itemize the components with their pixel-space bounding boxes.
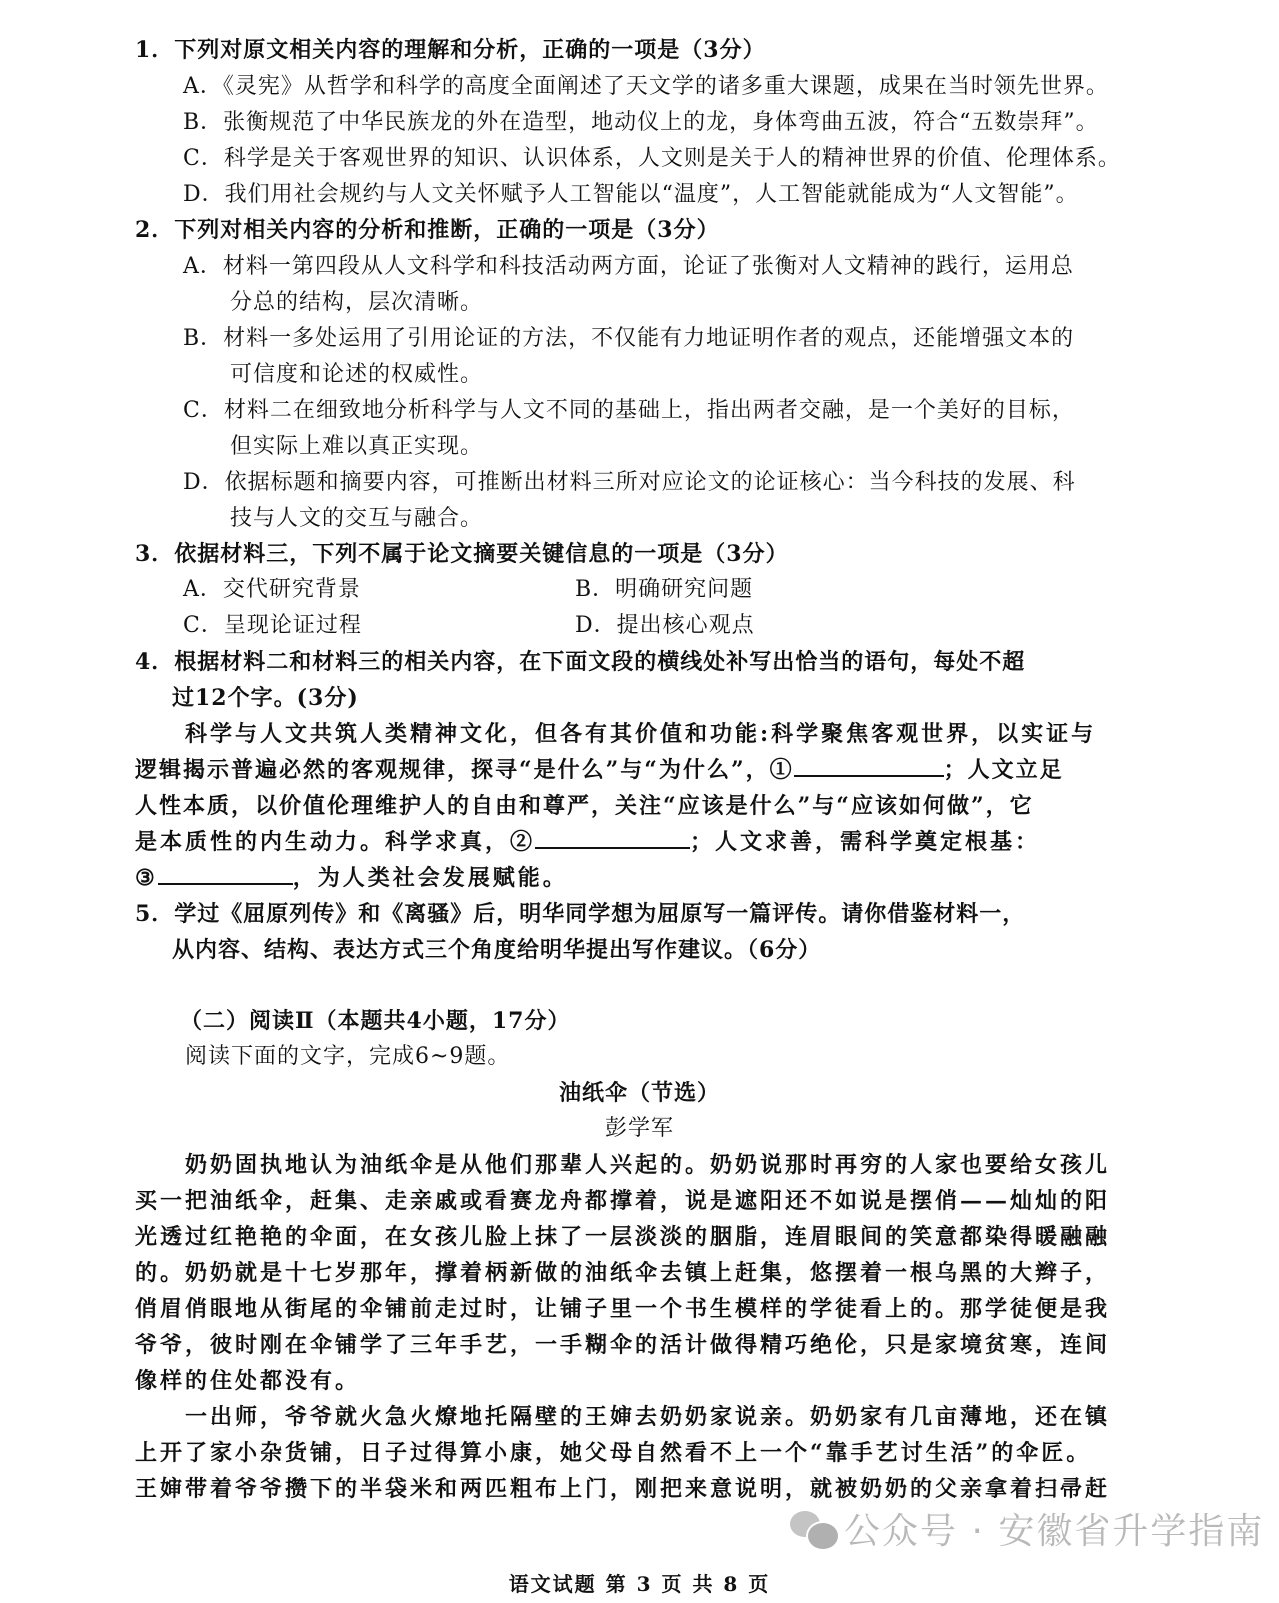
q4-passage-line-4: 是本质性的内生动力。科学求真，②；人文求善，需科学奠定根基： (135, 827, 1040, 857)
q4-passage-line-1: 科学与人文共筑人类精神文化，但各有其价值和功能:科学聚焦客观世界，以实证与 (185, 719, 1096, 749)
q3-option-a: A．交代研究背景 (183, 575, 361, 605)
watermark-text: 公众号 · 安徽省升学指南 (844, 1503, 1264, 1554)
paragraph-1-line-3: 光透过红艳艳的伞面，在女孩儿脸上抹了一层淡淡的胭脂，连眉眼间的笑意都染得暖融融 (135, 1222, 1110, 1252)
section-heading: （二）阅读Ⅱ（本题共4小题，17分） (180, 1006, 570, 1036)
q2-option-d: D．依据标题和摘要内容，可推断出材料三所对应论文的论证核心：当今科技的发展、科 (183, 468, 1076, 498)
q1-option-a: A．《灵宪》从哲学和科学的高度全面阐述了天文学的诸多重大课题，成果在当时领先世界… (183, 72, 1109, 102)
paragraph-1-line-6: 爷爷，彼时刚在伞铺学了三年手艺，一手糊伞的活计做得精巧绝伦，只是家境贫寒，连间 (135, 1330, 1110, 1360)
q4-passage-text: ；人文求善，需科学奠定根基： (690, 829, 1040, 855)
paragraph-1-line-5: 俏眉俏眼地从街尾的伞铺前走过时，让铺子里一个书生模样的学徒看上的。那学徒便是我 (135, 1294, 1110, 1324)
answer-blank-1[interactable] (794, 755, 944, 777)
page-footer: 语文试题 第 3 页 共 8 页 (0, 1568, 1279, 1597)
q3-option-d: D．提出核心观点 (575, 611, 755, 641)
q4-passage-text: 逻辑揭示普遍必然的客观规律，探寻“是什么”与“为什么”，① (135, 757, 794, 783)
q3-option-c: C．呈现论证过程 (183, 611, 362, 641)
paragraph-1-line-1: 奶奶固执地认为油纸伞是从他们那辈人兴起的。奶奶说那时再穷的人家也要给女孩儿 (185, 1150, 1110, 1180)
q1-option-b: B．张衡规范了中华民族龙的外在造型，地动仪上的龙，身体弯曲五波，符合“五数崇拜”… (183, 108, 1099, 138)
paragraph-2-line-2: 上开了家小杂货铺，日子过得算小康，她父母自然看不上一个“靠手艺讨生活”的伞匠。 (135, 1438, 1091, 1468)
q2-option-c-cont: 但实际上难以真正实现。 (230, 432, 483, 462)
q4-passage-text: ，为人类社会发展赋能。 (293, 865, 568, 891)
q4-passage-text: 是本质性的内生动力。科学求真，② (135, 829, 535, 855)
paragraph-2-line-3: 王婶带着爷爷攒下的半袋米和两匹粗布上门，刚把来意说明，就被奶奶的父亲拿着扫帚赶 (135, 1474, 1110, 1504)
q4-passage-text: ③ (135, 865, 158, 891)
wechat-icon (790, 1509, 836, 1549)
answer-blank-2[interactable] (535, 827, 690, 849)
q2-option-a: A．材料一第四段从人文科学和科技活动两方面，论证了张衡对人文精神的践行，运用总 (183, 252, 1074, 282)
article-title: 油纸伞（节选） (0, 1078, 1279, 1108)
q4-stem: 4．根据材料二和材料三的相关内容，在下面文段的横线处补写出恰当的语句，每处不超 (135, 647, 1025, 677)
section-instruction: 阅读下面的文字，完成6~9题。 (185, 1042, 510, 1072)
q2-option-d-cont: 技与人文的交互与融合。 (230, 504, 483, 534)
q5-stem-cont: 从内容、结构、表达方式三个角度给明华提出写作建议。（6分） (172, 935, 821, 965)
answer-blank-3[interactable] (158, 863, 293, 885)
article-author: 彭学军 (0, 1114, 1279, 1144)
q2-option-b: B．材料一多处运用了引用论证的方法，不仅能有力地证明作者的观点，还能增强文本的 (183, 324, 1074, 354)
paragraph-1-line-2: 买一把油纸伞，赶集、走亲戚或看赛龙舟都撑着，说是遮阳还不如说是摆俏——灿灿的阳 (135, 1186, 1110, 1216)
q4-passage-line-5: ③，为人类社会发展赋能。 (135, 863, 568, 893)
paragraph-1-line-7: 像样的住处都没有。 (135, 1366, 360, 1396)
q3-stem: 3．依据材料三，下列不属于论文摘要关键信息的一项是（3分） (135, 539, 789, 569)
q4-passage-text: ；人文立足 (944, 757, 1064, 783)
exam-page: 1．下列对原文相关内容的理解和分析，正确的一项是（3分） A．《灵宪》从哲学和科… (0, 0, 1279, 1603)
q4-stem-cont: 过12个字。(3分) (172, 683, 359, 713)
q1-option-d: D．我们用社会规约与人文关怀赋予人工智能以“温度”，人工智能就能成为“人文智能”… (183, 180, 1079, 210)
q1-option-c: C．科学是关于客观世界的知识、认识体系，人文则是关于人的精神世界的价值、伦理体系… (183, 144, 1121, 174)
q3-option-b: B．明确研究问题 (575, 575, 753, 605)
q2-option-a-cont: 分总的结构，层次清晰。 (230, 288, 483, 318)
paragraph-1-line-4: 的。奶奶就是十七岁那年，撑着柄新做的油纸伞去镇上赶集，悠摆着一根乌黑的大辫子， (135, 1258, 1110, 1288)
q4-passage-line-2: 逻辑揭示普遍必然的客观规律，探寻“是什么”与“为什么”，①；人文立足 (135, 755, 1064, 785)
q2-option-b-cont: 可信度和论述的权威性。 (230, 360, 483, 390)
paragraph-2-line-1: 一出师，爷爷就火急火燎地托隔壁的王婶去奶奶家说亲。奶奶家有几亩薄地，还在镇 (185, 1402, 1110, 1432)
q1-stem: 1．下列对原文相关内容的理解和分析，正确的一项是（3分） (135, 35, 766, 65)
q2-stem: 2．下列对相关内容的分析和推断，正确的一项是（3分） (135, 215, 720, 245)
q2-option-c: C．材料二在细致地分析科学与人文不同的基础上，指出两者交融，是一个美好的目标， (183, 396, 1075, 426)
q4-passage-line-3: 人性本质，以价值伦理维护人的自由和尊严，关注“应该是什么”与“应该如何做”，它 (135, 791, 1034, 821)
q5-stem: 5．学过《屈原列传》和《离骚》后，明华同学想为屈原写一篇评传。请你借鉴材料一， (135, 899, 1025, 929)
watermark: 公众号 · 安徽省升学指南 (790, 1503, 1264, 1554)
